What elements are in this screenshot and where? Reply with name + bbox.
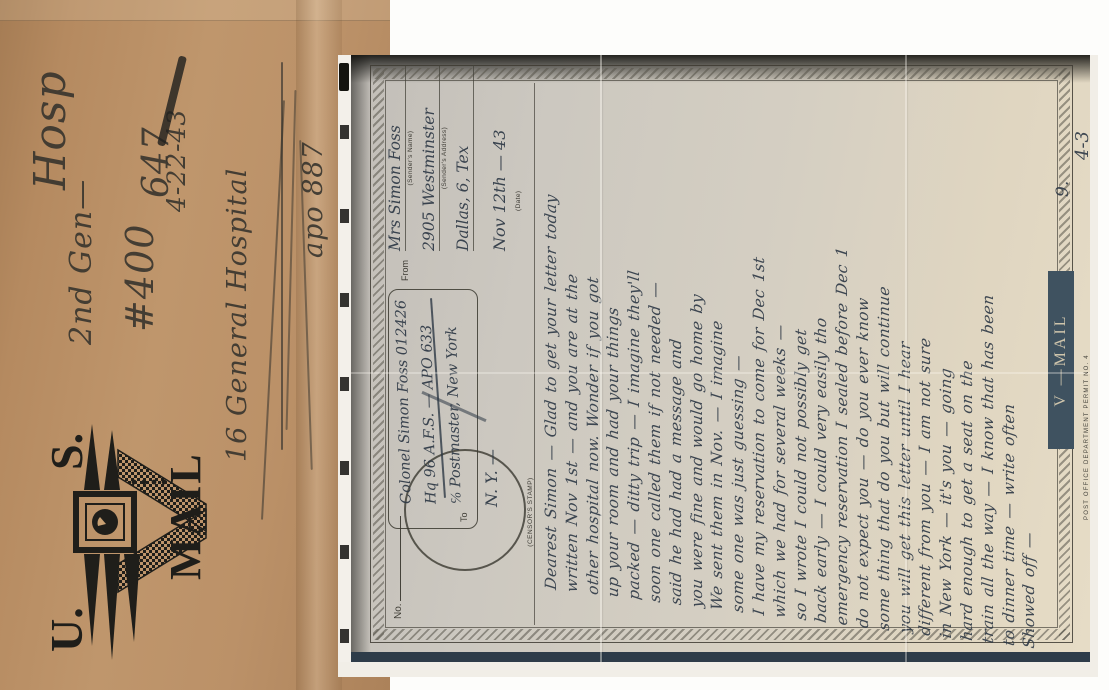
envelope-marking-16th-general-hospital: 16 General Hospital	[222, 57, 253, 462]
emblem-mail-text: MAIL	[161, 452, 210, 580]
to-address-line-4: N. Y. —	[482, 449, 501, 507]
fold-crease	[600, 55, 602, 662]
form-number-field: No.	[390, 516, 404, 619]
to-address-box: To Colonel Simon Foss 012426 Hq 96 A.F.S…	[388, 289, 478, 529]
letter-body: Dearest Simon — Glad to get your letter …	[541, 48, 1040, 649]
body-line: Showed off —	[1019, 107, 1040, 650]
emblem-s-text: S.	[41, 433, 92, 470]
body-line: Dearest Simon — Glad to get your letter …	[541, 48, 562, 591]
fold-crease	[905, 55, 907, 662]
us-mail-emblem: U. S.	[8, 398, 216, 688]
body-line: which we had for several weeks —	[770, 76, 791, 619]
scanned-vmail-page: Hosp 2nd Gen— #400 647 4-22-43 16 Genera…	[0, 0, 1109, 690]
body-line: some thing that do you but will continue	[874, 89, 895, 632]
date-label: (Date)	[515, 191, 522, 211]
body-line: back early — I could very easily tho	[811, 82, 832, 625]
body-line: to dinner time — write often	[999, 105, 1020, 648]
vmail-logo-band: V —MAIL	[1048, 271, 1074, 449]
to-label: To	[459, 512, 469, 522]
registration-dashes	[340, 55, 349, 662]
body-line: some one was just guessing —	[728, 71, 749, 614]
us-mail-emblem-art: U. S.	[8, 398, 212, 688]
body-line: you were fine and would go home by	[687, 66, 708, 609]
body-line: written Nov 1st — and you are at the	[562, 51, 583, 594]
emblem-u-text: U.	[41, 607, 92, 652]
header-divider-rule	[534, 83, 535, 625]
vmail-form: No. (CENSOR'S STAMP) To Colonel Simon Fo…	[364, 59, 1079, 649]
vmail-letter-photo: No. (CENSOR'S STAMP) To Colonel Simon Fo…	[338, 55, 1098, 677]
body-line: do not expect you — do you ever know	[853, 87, 874, 630]
body-line: packed — ditty trip — I imagine they'll	[624, 59, 645, 602]
body-line: I have my reservation to come for Dec 1s…	[749, 74, 770, 617]
envelope-marking-hosp: Hosp	[25, 20, 76, 190]
fold-crease	[351, 372, 1090, 374]
body-line: so I wrote I could not possibly get	[791, 79, 812, 622]
photo-edge-strip	[338, 55, 351, 662]
body-line: in New York — it's you — going	[936, 97, 957, 640]
body-line: up your room and had your things	[603, 56, 624, 599]
envelope: Hosp 2nd Gen— #400 647 4-22-43 16 Genera…	[0, 0, 390, 690]
censor-stamp-label: (CENSOR'S STAMP)	[527, 445, 534, 579]
body-line: We sent them in Nov. — I imagine	[707, 69, 728, 612]
body-line: said he had had a message and	[666, 64, 687, 607]
sender-address-value: 2905 Westminster	[420, 65, 440, 251]
body-line: different from you — I am not sure	[915, 94, 936, 637]
permit-fine-print: POST OFFICE DEPARTMENT PERMIT NO. 4	[1084, 122, 1090, 520]
vmail-logo-text: V —MAIL	[1052, 313, 1070, 406]
sender-address-label: (Sender's Address)	[441, 65, 448, 251]
envelope-marking-2nd-gen: 2nd Gen—	[64, 195, 99, 345]
no-label: No.	[393, 603, 404, 619]
from-label: From	[400, 260, 410, 281]
body-line: soon one called them if not needed —	[645, 61, 666, 604]
photo-dark-edge-band	[351, 652, 1090, 662]
sender-name-value: Mrs Simon Foss	[386, 65, 406, 251]
form-border-hatch	[373, 68, 384, 640]
margin-mark: 9.	[1053, 165, 1073, 197]
underline-flourish	[286, 90, 297, 430]
date-value: Nov 12th — 43	[490, 130, 509, 251]
page-number-mark: 4-3	[1072, 100, 1093, 160]
body-line: emergency reservation I sealed before De…	[832, 84, 853, 627]
sender-name-label: (Sender's Name)	[407, 65, 414, 251]
body-line: hard enough to get a seat on the	[957, 99, 978, 642]
sender-city-value: Dallas, 6, Tex	[454, 65, 474, 251]
